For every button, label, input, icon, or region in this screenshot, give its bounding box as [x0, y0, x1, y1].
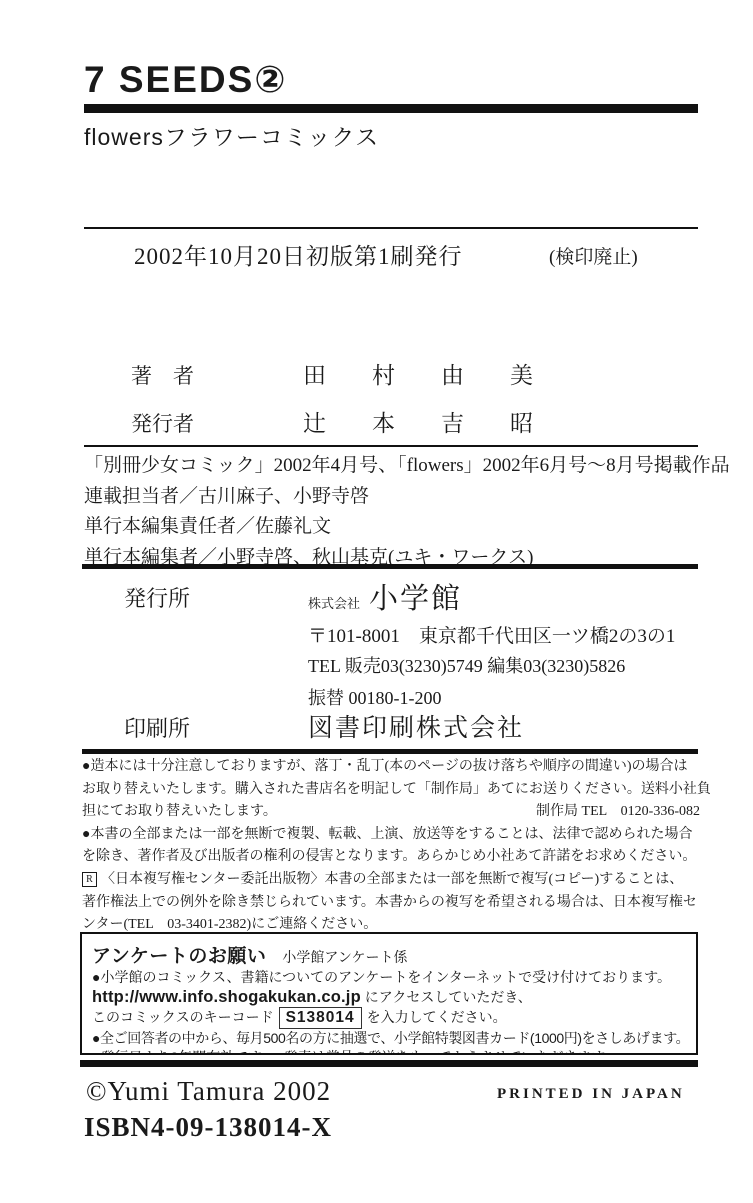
survey-line: ●小学館のコミックス、書籍についてのアンケートをインターネットで受け付けておりま… — [92, 968, 686, 988]
publisher-label: 発行所 — [124, 582, 190, 613]
survey-url-line: http://www.info.shogakukan.co.jp にアクセスして… — [92, 988, 686, 1008]
publisher-address: 〒101-8001 東京都千代田区一ツ橋2の3の1 — [308, 621, 675, 648]
keycode-suffix: を入力してください。 — [367, 1009, 507, 1025]
rule-thick-2 — [82, 749, 698, 754]
printer-name: 図書印刷株式会社 — [308, 708, 524, 744]
notice-line-left: 担にてお取り替えいたします。 — [82, 801, 277, 824]
notice-line: 著作権法上での例外を除き禁じられています。本書からの複写を希望される場合は、日本… — [82, 892, 700, 915]
issuer-name: 辻 本 吉 昭 — [303, 405, 533, 438]
survey-line: ●発行日より3年間有効です。●発表は賞品の発送をもってかえさせていただきます。 — [92, 1048, 686, 1055]
copyright-line: ©Yumi Tamura 2002 — [86, 1076, 331, 1107]
publisher-tel: TEL 販売03(3230)5749 編集03(3230)5826 — [308, 652, 625, 678]
rule-thick-1 — [82, 564, 698, 569]
company-prefix: 株式会社 — [308, 593, 360, 612]
notice-line: を除き、著作者及び出版者の権利の侵害となります。あらかじめ小社あて許諾をお求めく… — [82, 846, 700, 869]
inspection-seal-note: (検印廃止) — [549, 242, 638, 269]
legal-notice-block: ●造本には十分注意しておりますが、落丁・乱丁(本のページの抜け落ちや順序の間違い… — [82, 756, 700, 937]
serialization-block: 「別冊少女コミック」2002年4月号、「flowers」2002年6月号〜8月号… — [84, 451, 730, 573]
title-underline-bar — [84, 104, 698, 113]
serialization-line: 連載担当者／古川麻子、小野寺啓 — [84, 482, 730, 513]
notice-line: 担にてお取り替えいたします。 制作局 TEL 0120-336-082 — [82, 801, 700, 824]
keycode-prefix: このコミックスのキーコード — [92, 1009, 274, 1025]
issuer-label: 発行者 — [131, 408, 194, 438]
registered-r-mark: R — [82, 872, 97, 887]
imprint-series-name: flowersフラワーコミックス — [84, 119, 379, 152]
edition-date: 2002年10月20日初版第1刷発行 — [134, 238, 463, 271]
publisher-company: 株式会社 小学館 — [308, 576, 462, 617]
notice-line-text: 〈日本複写権センター委託出版物〉本書の全部または一部を無断で複写(コピー)するこ… — [101, 872, 683, 887]
printed-in-japan: PRINTED IN JAPAN — [497, 1086, 685, 1103]
production-dept-tel: 制作局 TEL 0120-336-082 — [536, 801, 700, 824]
comic-keycode: S138014 — [279, 1007, 362, 1029]
survey-line: ●全ご回答者の中から、毎月500名の方に抽選で、小学館特製図書カード(1000円… — [92, 1029, 686, 1049]
isbn-number: ISBN4-09-138014-X — [84, 1112, 332, 1143]
notice-line: ●造本には十分注意しておりますが、落丁・乱丁(本のページの抜け落ちや順序の間違い… — [82, 756, 700, 779]
survey-keycode-line: このコミックスのキーコードS138014を入力してください。 — [92, 1007, 686, 1029]
author-name: 田 村 由 美 — [303, 357, 533, 390]
serialization-line: 「別冊少女コミック」2002年4月号、「flowers」2002年6月号〜8月号… — [84, 451, 730, 482]
survey-title: アンケートのお願い — [92, 941, 266, 968]
rule-credits — [84, 445, 698, 447]
printer-label: 印刷所 — [124, 712, 190, 743]
book-title: 7 SEEDS② — [84, 58, 288, 101]
rule-top — [84, 227, 698, 229]
survey-request-box: アンケートのお願い 小学館アンケート係 ●小学館のコミックス、書籍についてのアン… — [80, 932, 698, 1055]
survey-department: 小学館アンケート係 — [282, 947, 407, 967]
publisher-transfer-account: 振替 00180-1-200 — [308, 684, 442, 710]
notice-line: R〈日本複写権センター委託出版物〉本書の全部または一部を無断で複写(コピー)する… — [82, 869, 700, 892]
survey-url-suffix: にアクセスしていただき、 — [361, 989, 532, 1005]
author-label: 著 者 — [131, 360, 194, 390]
notice-line: お取り替えいたします。購入された書店名を明記して「制作局」あてにお送りください。… — [82, 779, 700, 802]
company-name: 小学館 — [369, 576, 462, 617]
notice-line: ●本書の全部または一部を無断で複製、転載、上演、放送等をすることは、法律で認めら… — [82, 824, 700, 847]
survey-url: http://www.info.shogakukan.co.jp — [92, 988, 361, 1006]
rule-thick-3 — [80, 1060, 698, 1067]
serialization-line: 単行本編集責任者／佐藤礼文 — [84, 512, 730, 543]
survey-title-row: アンケートのお願い 小学館アンケート係 — [92, 941, 686, 968]
colophon-page: 7 SEEDS② flowersフラワーコミックス 2002年10月20日初版第… — [0, 0, 753, 1203]
